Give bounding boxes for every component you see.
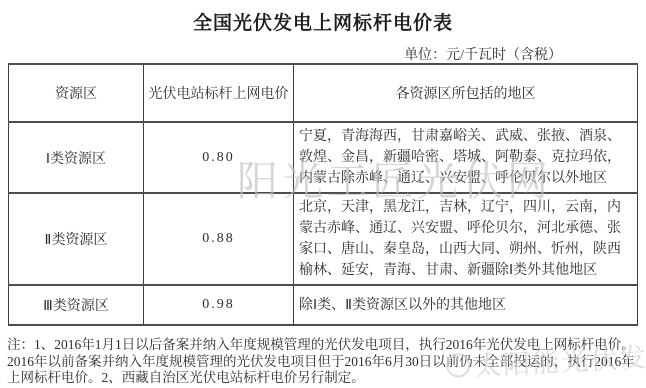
zone-cell: Ⅲ类资源区 — [9, 285, 144, 325]
zone-cell: Ⅰ类资源区 — [9, 122, 144, 193]
table-row: Ⅱ类资源区 0.88 北京，天津，黑龙江，吉林，辽宁，四川，云南，内蒙古赤峰、通… — [9, 193, 638, 285]
header-regions: 各资源区所包括的地区 — [294, 64, 638, 122]
header-zone: 资源区 — [9, 64, 144, 122]
regions-cell: 除Ⅰ类、Ⅱ类资源区以外的其他地区 — [294, 285, 638, 325]
regions-cell: 宁夏，青海海西，甘肃嘉峪关、武威、张掖、酒泉、敦煌、金昌，新疆哈密、塔城、阿勒泰… — [294, 122, 638, 193]
price-cell: 0.80 — [144, 122, 294, 193]
price-cell: 0.98 — [144, 285, 294, 325]
price-cell: 0.88 — [144, 193, 294, 285]
tariff-document-page: 全国光伏发电上网标杆电价表 单位：元/千瓦时（含税） 资源区 光伏电站标杆上网电… — [0, 0, 646, 388]
regions-cell: 北京，天津，黑龙江，吉林，辽宁，四川，云南，内蒙古赤峰、通辽、兴安盟、呼伦贝尔，… — [294, 193, 638, 285]
table-header-row: 资源区 光伏电站标杆上网电价 各资源区所包括的地区 — [9, 64, 638, 122]
tariff-table: 资源区 光伏电站标杆上网电价 各资源区所包括的地区 Ⅰ类资源区 0.80 宁夏，… — [8, 63, 638, 326]
zone-cell: Ⅱ类资源区 — [9, 193, 144, 285]
header-price: 光伏电站标杆上网电价 — [144, 64, 294, 122]
table-row: Ⅰ类资源区 0.80 宁夏，青海海西，甘肃嘉峪关、武威、张掖、酒泉、敦煌、金昌，… — [9, 122, 638, 193]
table-row: Ⅲ类资源区 0.98 除Ⅰ类、Ⅱ类资源区以外的其他地区 — [9, 285, 638, 325]
unit-label: 单位：元/千瓦时（含税） — [404, 44, 562, 64]
page-title: 全国光伏发电上网标杆电价表 — [0, 8, 646, 35]
footnote-text: 注：1、2016年1月1日以后备案并纳入年度规模管理的光伏发电项目，执行2016… — [7, 337, 641, 387]
